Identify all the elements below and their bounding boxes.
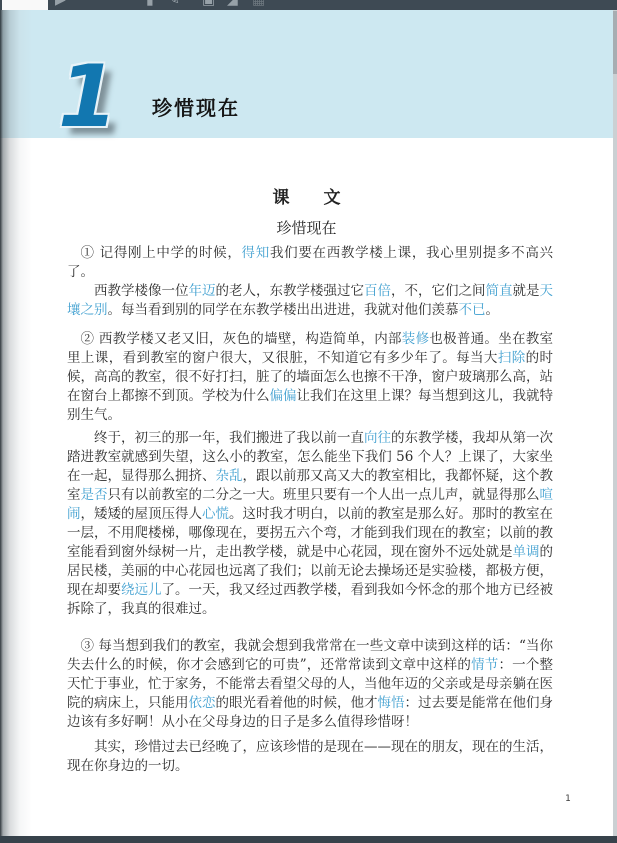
vocab-highlight: 悔悟: [378, 695, 405, 711]
text-segment: 。: [486, 302, 500, 318]
bookmark-icon[interactable]: ▮: [146, 0, 154, 7]
lesson-paragraph: ② 西教学楼又老又旧，灰色的墙壁，构造简单，内部装修也极普通。坐在教室里上课，看…: [67, 330, 553, 425]
vocab-highlight: 扫除: [498, 350, 526, 366]
vocab-highlight: 得知: [242, 245, 270, 261]
quote-left-icon[interactable]: ❛: [76, 0, 81, 7]
lesson-paragraph: 终于，初三的那一年，我们搬进了我以前一直向往的东教学楼，我却从第一次踏进教室就感…: [67, 429, 553, 619]
text-segment: ，不，它们之间: [391, 283, 486, 299]
chapter-number: 1: [58, 54, 118, 140]
scrollbar[interactable]: [613, 10, 617, 836]
vocab-highlight: 依恋: [189, 695, 216, 711]
vocab-highlight: 单调: [513, 544, 540, 560]
wedge-icon[interactable]: ◢: [227, 0, 238, 7]
save-icon[interactable]: ▣: [202, 0, 215, 7]
section-heading: 课 文: [0, 183, 613, 208]
text-segment: ① 记得刚上中学的时候，: [81, 245, 242, 261]
book-page: 1 珍惜现在 课 文 珍惜现在 ① 记得刚上中学的时候，得知我们要在西教学楼上课…: [0, 10, 613, 836]
text-segment: 只有以前教室的二分之一大。班里只要有一个人出一点儿声，就显得那么: [108, 487, 540, 503]
pdf-viewer: ▶❛❜▮✎▣◢▦ 1 珍惜现在 课 文 珍惜现在 ① 记得刚上中学的时候，得知我…: [0, 0, 617, 843]
vocab-highlight: 杂乱: [216, 468, 243, 484]
text-segment: 的老人，东教学楼强过它: [216, 283, 365, 299]
play-icon[interactable]: ▶: [55, 0, 66, 7]
viewer-toolbar: ▶❛❜▮✎▣◢▦: [0, 0, 617, 10]
vocab-highlight: 情节: [471, 657, 498, 673]
lesson-title: 珍惜现在: [0, 217, 613, 238]
vocab-highlight: 装修: [402, 331, 430, 347]
vocab-highlight: 年迈: [189, 283, 216, 299]
lesson-paragraphs: ① 记得刚上中学的时候，得知我们要在西教学楼上课，我心里别提多不高兴了。西教学楼…: [67, 244, 553, 776]
toolbar-menu-remnant: [2, 0, 48, 10]
stamp-icon[interactable]: ▦: [252, 0, 265, 7]
text-segment: 终于，初三的那一年，我们搬进了我以前一直: [94, 430, 364, 446]
text-segment: 就是: [513, 283, 540, 299]
lesson-paragraph: 其实，珍惜过去已经晚了，应该珍惜的是现在——现在的朋友，现在的生活，现在你身边的…: [67, 738, 553, 776]
vocab-highlight: 绕远儿: [121, 582, 162, 598]
chapter-title: 珍惜现在: [152, 92, 240, 121]
quote-right-icon[interactable]: ❜: [90, 0, 95, 7]
vocab-highlight: 是否: [81, 487, 108, 503]
vocab-highlight: 偏偏: [270, 388, 297, 404]
text-segment: 的眼光看着他的时候，他才: [216, 695, 378, 711]
text-segment: 其实，珍惜过去已经晚了，应该珍惜的是现在——现在的朋友，现在的生活，现在你身边的…: [67, 739, 553, 774]
vocab-highlight: 不已: [459, 302, 486, 318]
scrollbar-thumb[interactable]: [613, 11, 617, 74]
chapter-header-band: 1 珍惜现在: [0, 10, 613, 138]
text-segment: 西教学楼像一位: [94, 283, 189, 299]
vocab-highlight: 百倍: [364, 283, 391, 299]
lesson-paragraph: ③ 每当想到我们的教室，我就会想到我常常在一些文章中读到这样的话：“当你失去什么…: [67, 637, 553, 732]
lesson-paragraph: ① 记得刚上中学的时候，得知我们要在西教学楼上课，我心里别提多不高兴了。: [67, 244, 553, 282]
page-number: 1: [558, 794, 578, 804]
vocab-highlight: 简直: [486, 283, 513, 299]
text-segment: ，矮矮的屋顶压得人: [81, 506, 203, 522]
text-segment: ② 西教学楼又老又旧，灰色的墙壁，构造简单，内部: [81, 331, 402, 347]
bottom-bar: [0, 836, 617, 843]
lesson-paragraph: 西教学楼像一位年迈的老人，东教学楼强过它百倍，不，它们之间简直就是天壤之别。每当…: [67, 282, 553, 320]
pencil-icon[interactable]: ✎: [168, 0, 180, 7]
vocab-highlight: 心慌: [202, 506, 229, 522]
text-segment: 。每当看到别的同学在东教学楼出出进进，我就对他们羡慕: [108, 302, 459, 318]
vocab-highlight: 向往: [364, 430, 391, 446]
